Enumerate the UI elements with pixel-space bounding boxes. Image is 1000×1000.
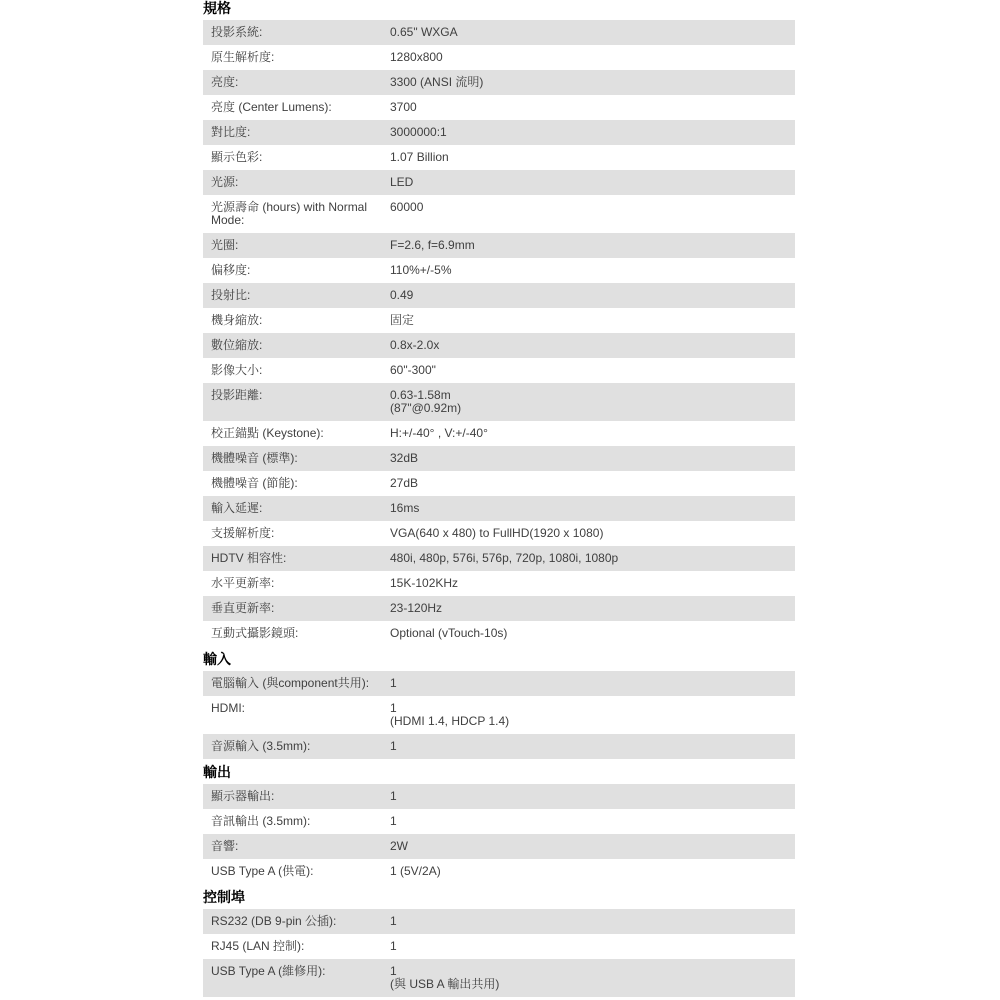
spec-row-label: 數位縮放: (211, 339, 390, 352)
spec-row-value: 0.65" WXGA (390, 26, 787, 39)
spec-row-value: 1 (390, 677, 787, 690)
spec-row: 投影系統: 0.65" WXGA (203, 20, 795, 45)
spec-row: 音源輸入 (3.5mm): 1 (203, 734, 795, 759)
spec-row-value: 2W (390, 840, 787, 853)
spec-row-label: 音響: (211, 840, 390, 853)
spec-row: 亮度: 3300 (ANSI 流明) (203, 70, 795, 95)
spec-row-value: 27dB (390, 477, 787, 490)
spec-row: 輸入延遲: 16ms (203, 496, 795, 521)
section-title-input: 輸入 (203, 652, 795, 667)
spec-table-control-ports: RS232 (DB 9-pin 公插): 1 RJ45 (LAN 控制): 1 … (203, 909, 795, 997)
spec-row-label: 機體噪音 (節能): (211, 477, 390, 490)
spec-row: 校正錨點 (Keystone): H:+/-40° , V:+/-40° (203, 421, 795, 446)
spec-row: RS232 (DB 9-pin 公插): 1 (203, 909, 795, 934)
spec-row-value: 3700 (390, 101, 787, 114)
spec-row-value: H:+/-40° , V:+/-40° (390, 427, 787, 440)
spec-row-label: 光圈: (211, 239, 390, 252)
spec-row-label: USB Type A (維修用): (211, 965, 390, 978)
spec-row-label: 輸入延遲: (211, 502, 390, 515)
spec-row-label: 音源輸入 (3.5mm): (211, 740, 390, 753)
spec-row-value: 1 (與 USB A 輸出共用) (390, 965, 787, 991)
spec-row-value: 1 (5V/2A) (390, 865, 787, 878)
spec-row: 原生解析度: 1280x800 (203, 45, 795, 70)
section-output: 輸出 顯示器輸出: 1 音訊輸出 (3.5mm): 1 音響: (203, 765, 795, 884)
spec-row-label: 機身縮放: (211, 314, 390, 327)
spec-row-label: 亮度: (211, 76, 390, 89)
spec-table-input: 電腦輸入 (與component共用): 1 HDMI: 1 (HDMI 1.4… (203, 671, 795, 759)
spec-row-value: 23-120Hz (390, 602, 787, 615)
spec-row-value: 480i, 480p, 576i, 576p, 720p, 1080i, 108… (390, 552, 787, 565)
spec-row: 水平更新率: 15K-102KHz (203, 571, 795, 596)
spec-row-label: 水平更新率: (211, 577, 390, 590)
spec-row-value: Optional (vTouch-10s) (390, 627, 787, 640)
spec-row-label: 影像大小: (211, 364, 390, 377)
spec-row: 影像大小: 60"-300" (203, 358, 795, 383)
spec-row-value: 16ms (390, 502, 787, 515)
spec-row-label: HDMI: (211, 702, 390, 715)
spec-row-value: 1 (390, 940, 787, 953)
spec-table-output: 顯示器輸出: 1 音訊輸出 (3.5mm): 1 音響: 2W USB (203, 784, 795, 884)
spec-row: 機身縮放: 固定 (203, 308, 795, 333)
spec-row-value: 1280x800 (390, 51, 787, 64)
spec-row: USB Type A (供電): 1 (5V/2A) (203, 859, 795, 884)
spec-row-value: 60"-300" (390, 364, 787, 377)
spec-row: 顯示器輸出: 1 (203, 784, 795, 809)
spec-row: 光源: LED (203, 170, 795, 195)
spec-row-value: 1 (HDMI 1.4, HDCP 1.4) (390, 702, 787, 728)
spec-row-label: 光源: (211, 176, 390, 189)
spec-row-value: 1.07 Billion (390, 151, 787, 164)
spec-row: 數位縮放: 0.8x-2.0x (203, 333, 795, 358)
spec-row-value: LED (390, 176, 787, 189)
spec-row-label: 支援解析度: (211, 527, 390, 540)
spec-content: 規格 投影系統: 0.65" WXGA 原生解析度: 1280x800 亮度: (203, 1, 795, 997)
spec-row: HDMI: 1 (HDMI 1.4, HDCP 1.4) (203, 696, 795, 734)
spec-row-value: VGA(640 x 480) to FullHD(1920 x 1080) (390, 527, 787, 540)
section-control-ports: 控制埠 RS232 (DB 9-pin 公插): 1 RJ45 (LAN 控制)… (203, 890, 795, 997)
spec-row-value: 15K-102KHz (390, 577, 787, 590)
spec-row-label: 對比度: (211, 126, 390, 139)
spec-row-label: 顯示器輸出: (211, 790, 390, 803)
spec-row-value: 0.8x-2.0x (390, 339, 787, 352)
spec-row: RJ45 (LAN 控制): 1 (203, 934, 795, 959)
section-specifications: 規格 投影系統: 0.65" WXGA 原生解析度: 1280x800 亮度: (203, 1, 795, 646)
spec-row: 支援解析度: VGA(640 x 480) to FullHD(1920 x 1… (203, 521, 795, 546)
spec-row-label: 電腦輸入 (與component共用): (211, 677, 390, 690)
spec-row: 互動式攝影鏡頭: Optional (vTouch-10s) (203, 621, 795, 646)
spec-row-value: 1 (390, 915, 787, 928)
spec-row: 顯示色彩: 1.07 Billion (203, 145, 795, 170)
spec-row: 亮度 (Center Lumens): 3700 (203, 95, 795, 120)
spec-table-specifications: 投影系統: 0.65" WXGA 原生解析度: 1280x800 亮度: 330… (203, 20, 795, 646)
spec-row-label: 投射比: (211, 289, 390, 302)
spec-row-value: 1 (390, 790, 787, 803)
section-title-specifications: 規格 (203, 1, 795, 16)
spec-row: 電腦輸入 (與component共用): 1 (203, 671, 795, 696)
spec-row: 音響: 2W (203, 834, 795, 859)
spec-row-label: 亮度 (Center Lumens): (211, 101, 390, 114)
spec-row-label: 校正錨點 (Keystone): (211, 427, 390, 440)
section-title-control-ports: 控制埠 (203, 890, 795, 905)
spec-row-value: 32dB (390, 452, 787, 465)
spec-row-value: 60000 (390, 201, 787, 214)
spec-row: 投射比: 0.49 (203, 283, 795, 308)
spec-row-value: 110%+/-5% (390, 264, 787, 277)
spec-row-label: RS232 (DB 9-pin 公插): (211, 915, 390, 928)
spec-row: 偏移度: 110%+/-5% (203, 258, 795, 283)
spec-row-value: 0.63-1.58m (87"@0.92m) (390, 389, 787, 415)
spec-row-value: 1 (390, 815, 787, 828)
spec-row: 光源壽命 (hours) with Normal Mode: 60000 (203, 195, 795, 233)
spec-row-label: 垂直更新率: (211, 602, 390, 615)
spec-row-label: HDTV 相容性: (211, 552, 390, 565)
spec-row: 對比度: 3000000:1 (203, 120, 795, 145)
spec-row: USB Type A (維修用): 1 (與 USB A 輸出共用) (203, 959, 795, 997)
section-title-output: 輸出 (203, 765, 795, 780)
spec-row-label: 光源壽命 (hours) with Normal Mode: (211, 201, 390, 227)
spec-row-label: 互動式攝影鏡頭: (211, 627, 390, 640)
spec-row-label: USB Type A (供電): (211, 865, 390, 878)
spec-row: HDTV 相容性: 480i, 480p, 576i, 576p, 720p, … (203, 546, 795, 571)
spec-row-label: 顯示色彩: (211, 151, 390, 164)
spec-page: 規格 投影系統: 0.65" WXGA 原生解析度: 1280x800 亮度: (0, 0, 1000, 1000)
spec-row-label: 偏移度: (211, 264, 390, 277)
spec-row-label: RJ45 (LAN 控制): (211, 940, 390, 953)
spec-row-value: 1 (390, 740, 787, 753)
spec-row: 機體噪音 (標準): 32dB (203, 446, 795, 471)
spec-row: 光圈: F=2.6, f=6.9mm (203, 233, 795, 258)
section-input: 輸入 電腦輸入 (與component共用): 1 HDMI: 1 (HDMI … (203, 652, 795, 759)
spec-row: 音訊輸出 (3.5mm): 1 (203, 809, 795, 834)
spec-row: 投影距離: 0.63-1.58m (87"@0.92m) (203, 383, 795, 421)
spec-row-label: 機體噪音 (標準): (211, 452, 390, 465)
spec-row-label: 投影系統: (211, 26, 390, 39)
spec-row: 機體噪音 (節能): 27dB (203, 471, 795, 496)
spec-row-label: 投影距離: (211, 389, 390, 402)
spec-row-value: 3000000:1 (390, 126, 787, 139)
spec-row-label: 音訊輸出 (3.5mm): (211, 815, 390, 828)
spec-row-value: 3300 (ANSI 流明) (390, 76, 787, 89)
spec-row-value: 0.49 (390, 289, 787, 302)
spec-row: 垂直更新率: 23-120Hz (203, 596, 795, 621)
spec-row-value: 固定 (390, 314, 787, 327)
spec-row-label: 原生解析度: (211, 51, 390, 64)
spec-row-value: F=2.6, f=6.9mm (390, 239, 787, 252)
